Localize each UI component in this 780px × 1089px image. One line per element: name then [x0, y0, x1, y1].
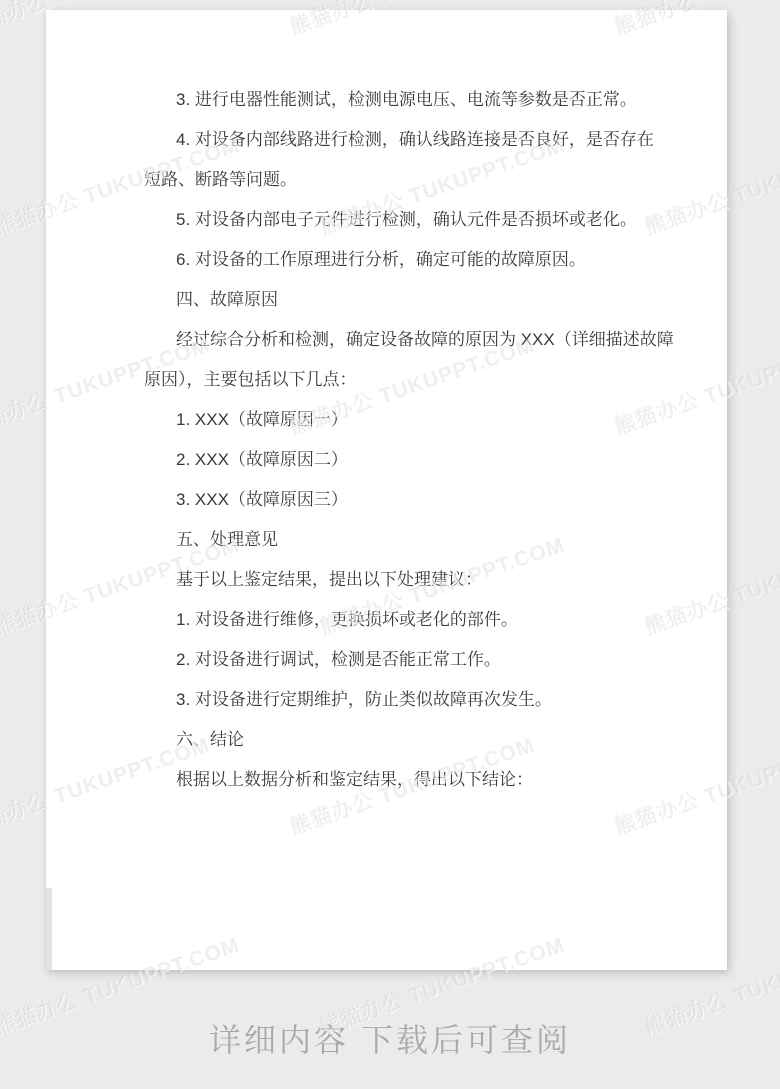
document-line: 1. 对设备进行维修，更换损坏或老化的部件。 [46, 600, 727, 640]
document-line: 5. 对设备内部电子元件进行检测，确认元件是否损坏或老化。 [46, 200, 727, 240]
document-line: 基于以上鉴定结果，提出以下处理建议： [46, 560, 727, 600]
page-edge-notch [46, 888, 52, 970]
document-line: 2. 对设备进行调试，检测是否能正常工作。 [46, 640, 727, 680]
preview-canvas: 3. 进行电器性能测试，检测电源电压、电流等参数是否正常。4. 对设备内部线路进… [0, 0, 780, 1089]
document-line: 3. XXX（故障原因三） [46, 480, 727, 520]
document-line: 六、结论 [46, 720, 727, 760]
document-line: 根据以上数据分析和鉴定结果，得出以下结论： [46, 760, 727, 800]
document-page: 3. 进行电器性能测试，检测电源电压、电流等参数是否正常。4. 对设备内部线路进… [46, 10, 727, 970]
document-line: 原因），主要包括以下几点： [46, 360, 727, 400]
document-line: 4. 对设备内部线路进行检测，确认线路连接是否良好，是否存在 [46, 120, 727, 160]
document-line: 经过综合分析和检测，确定设备故障的原因为 XXX（详细描述故障 [46, 320, 727, 360]
document-line: 3. 对设备进行定期维护，防止类似故障再次发生。 [46, 680, 727, 720]
document-line: 1. XXX（故障原因一） [46, 400, 727, 440]
document-line: 6. 对设备的工作原理进行分析，确定可能的故障原因。 [46, 240, 727, 280]
document-line: 四、故障原因 [46, 280, 727, 320]
document-content: 3. 进行电器性能测试，检测电源电压、电流等参数是否正常。4. 对设备内部线路进… [46, 10, 727, 800]
document-line: 短路、断路等问题。 [46, 160, 727, 200]
document-line: 2. XXX（故障原因二） [46, 440, 727, 480]
footer-caption: 详细内容 下载后可查阅 [0, 1018, 780, 1062]
document-line: 3. 进行电器性能测试，检测电源电压、电流等参数是否正常。 [46, 80, 727, 120]
document-line: 五、处理意见 [46, 520, 727, 560]
